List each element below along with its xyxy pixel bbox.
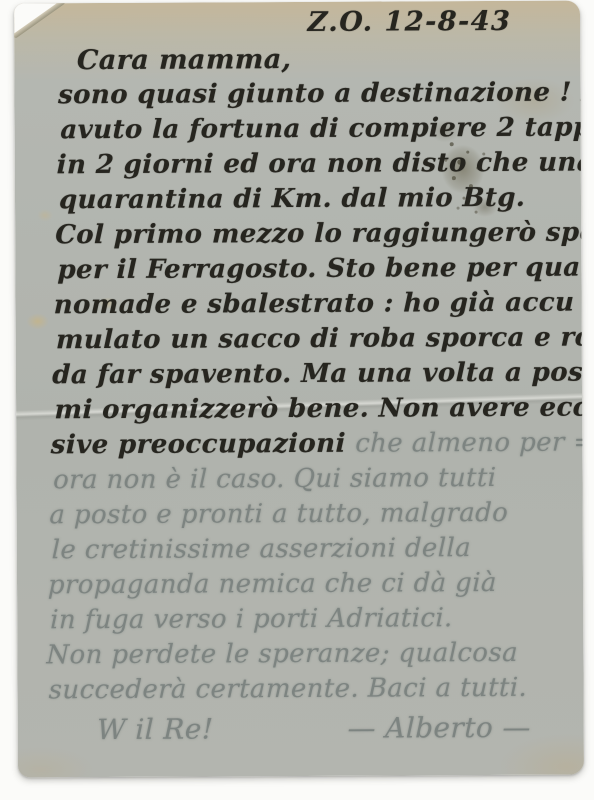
line-segment: propaganda nemica che ci dà già — [48, 568, 498, 600]
handwritten-line: Col primo mezzo lo raggiungerò spero — [55, 218, 572, 256]
handwritten-line: sive preoccupazioni che almeno per = — [50, 428, 567, 466]
handwritten-line: in fuga verso i porti Adriatici. — [50, 603, 564, 641]
line-segment: nomade e sbalestrato : ho già accu — [53, 288, 574, 321]
letter: Z.O. 12-8-43 Cara mamma, sono quasi giun… — [14, 1, 584, 778]
handwritten-line: da far spavento. Ma una volta a posto — [52, 358, 569, 396]
handwritten-line: ora non è il caso. Qui siamo tutti — [53, 463, 567, 501]
handwritten-line: Non perdete le speranze; qualcosa — [46, 638, 563, 676]
line-segment: avuto la fortuna di compiere 2 tappe — [60, 112, 584, 145]
line-segment: Non perdete le speranze; qualcosa — [46, 638, 518, 670]
scan-background: Z.O. 12-8-43 Cara mamma, sono quasi giun… — [0, 0, 594, 800]
handwritten-line: avuto la fortuna di compiere 2 tappe — [60, 113, 574, 151]
signature: — Alberto — — [347, 711, 531, 745]
line-segment: in fuga verso i porti Adriatici. — [50, 603, 453, 635]
handwritten-line: sono quasi giunto a destinazione ! Ho — [58, 78, 575, 116]
handwritten-line: in 2 giorni ed ora non disto che una — [56, 148, 573, 186]
handwritten-line: le cretinissime asserzioni della — [51, 533, 565, 571]
handwritten-line: succederà certamente. Baci a tutti. — [48, 673, 562, 711]
line-segment: che almeno per = — [355, 427, 584, 458]
letter-body: sono quasi giunto a destinazione ! Hoavu… — [45, 78, 574, 711]
salutation: Cara mamma, — [76, 43, 575, 81]
line-segment: sive preoccupazioni — [51, 429, 356, 461]
handwritten-line: a posto e pronti a tutto, malgrado — [49, 498, 566, 536]
handwritten-line: quarantina di Km. dal mio Btg. — [59, 183, 573, 221]
line-segment: in 2 giorni ed ora non disto che una — [56, 147, 584, 180]
handwritten-line: mi organizzerò bene. Non avere ecces — [54, 393, 568, 431]
handwritten-line: propaganda nemica che ci dà già — [47, 568, 564, 606]
line-segment: le cretinissime asserzioni della — [51, 533, 471, 565]
line-segment: mi organizzerò bene. Non avere ecces — [54, 392, 584, 425]
closing-viva: W il Re! — [97, 712, 214, 746]
line-segment: da far spavento. Ma una volta a posto — [52, 357, 584, 390]
handwritten-line: nomade e sbalestrato : ho già accu — [53, 288, 570, 326]
line-segment: quarantina di Km. dal mio Btg. — [59, 183, 526, 215]
line-segment: ora non è il caso. Qui siamo tutti — [53, 463, 497, 495]
line-segment: mulato un sacco di roba sporca e rotta = — [56, 322, 584, 355]
handwritten-line: mulato un sacco di roba sporca e rotta = — [56, 323, 570, 361]
line-segment: a posto e pronti a tutto, malgrado — [49, 498, 509, 530]
line-segment: succederà certamente. Baci a tutti. — [48, 673, 527, 706]
handwritten-line: per il Ferragosto. Sto bene per quanto — [57, 253, 571, 291]
date-header: Z.O. 12-8-43 — [307, 6, 576, 44]
line-segment: Col primo mezzo lo raggiungerò spero — [55, 217, 584, 250]
line-segment: per il Ferragosto. Sto bene per quanto — [57, 252, 584, 285]
closing-row: W il Re! — Alberto — — [45, 708, 562, 747]
line-segment: sono quasi giunto a destinazione ! Ho — [58, 77, 584, 110]
postcard: Z.O. 12-8-43 Cara mamma, sono quasi giun… — [14, 1, 584, 778]
